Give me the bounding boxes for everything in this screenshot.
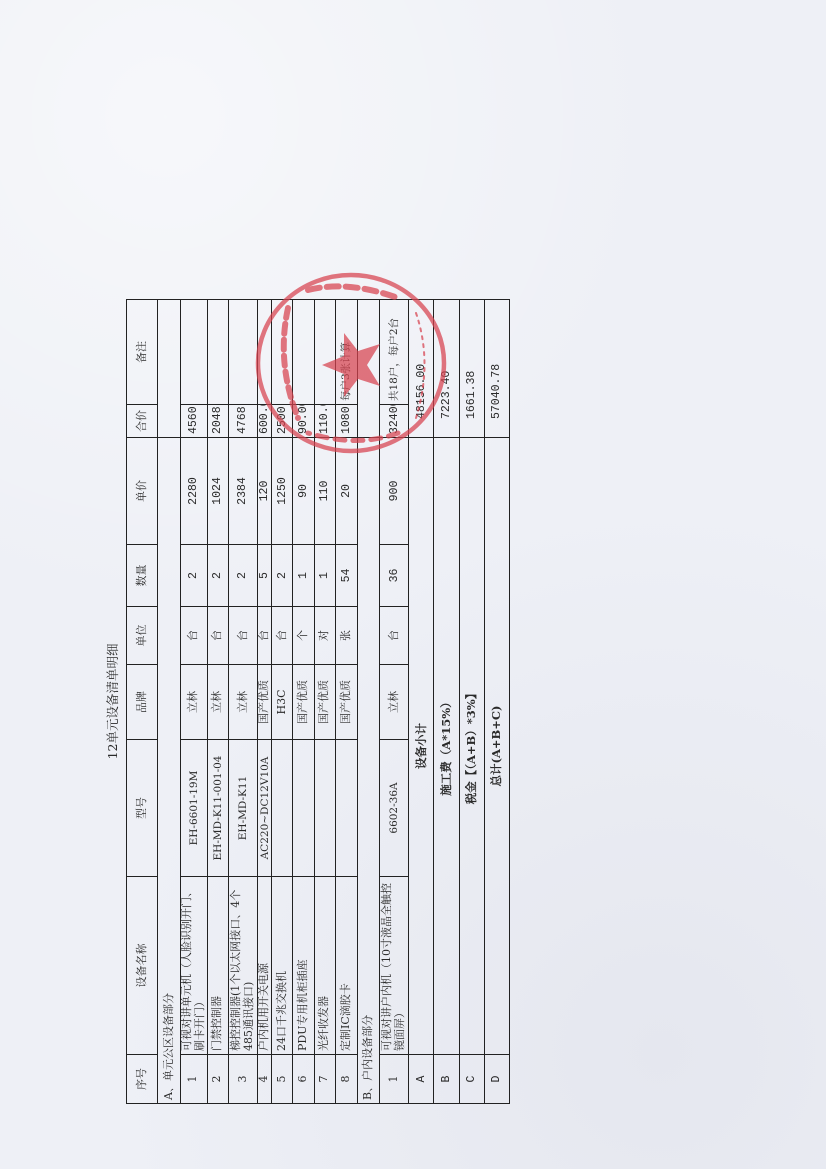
cell-remark: 每户3张计算: [335, 299, 357, 404]
cell-qty: 1: [293, 545, 314, 607]
cell-brand: 立林: [228, 665, 257, 740]
cell-remark: 共18户，每户2台: [380, 299, 409, 404]
cell-brand: 国产优质: [335, 665, 357, 740]
cell-unit: 台: [180, 607, 207, 665]
cell-brand: H3C: [272, 665, 293, 740]
cell-unit: 张: [335, 607, 357, 665]
cell-price: 20: [335, 438, 357, 545]
section-label: A、单元公区设备部分: [158, 438, 180, 1104]
cell-remark: [228, 299, 257, 404]
cell-brand: 国产优质: [293, 665, 314, 740]
cell-total: 4560.00: [180, 405, 207, 438]
cell-model: EH-MD-K11-001-04: [207, 740, 228, 877]
cell-no: 5: [272, 1055, 293, 1104]
cell-name: 户内机用开关电源: [258, 877, 272, 1055]
summary-total: 1661.38: [459, 299, 484, 437]
table-row: 7光纤收发器国产优质对1110110.00: [314, 299, 335, 1103]
cell-remark: [207, 299, 228, 404]
cell-name: 门禁控制器: [207, 877, 228, 1055]
cell-model: [293, 740, 314, 877]
cell-price: 1250: [272, 438, 293, 545]
column-header-qty: 数量: [127, 545, 158, 607]
cell-price: 2280: [180, 438, 207, 545]
column-header-model: 型号: [127, 740, 158, 877]
column-header-no: 序号: [127, 1055, 158, 1104]
cell-total: 2500.00: [272, 405, 293, 438]
cell-model: AC220~DC12V10A: [258, 740, 272, 877]
cell-price: 110: [314, 438, 335, 545]
cell-qty: 1: [314, 545, 335, 607]
cell-qty: 2: [207, 545, 228, 607]
table-title: 12单元设备清单明细: [100, 299, 127, 1103]
column-header-total: 合价: [127, 405, 158, 438]
cell-model: [314, 740, 335, 877]
cell-price: 2384: [228, 438, 257, 545]
cell-unit: 台: [207, 607, 228, 665]
cell-name: 光纤收发器: [314, 877, 335, 1055]
cell-no: 1: [180, 1055, 207, 1104]
table-row: 2门禁控制器EH-MD-K11-001-04立林台210242048.00: [207, 299, 228, 1103]
summary-label: 设备小计: [409, 438, 434, 1055]
summary-row: D总计(A+B+C)57040.78: [484, 299, 509, 1103]
summary-label: 税金【（A+B）*3%】: [459, 438, 484, 1055]
table-row: 6PDU专用机柜插座国产优质个19090.00: [293, 299, 314, 1103]
cell-no: 3: [228, 1055, 257, 1104]
column-header-brand: 品牌: [127, 665, 158, 740]
table-row: 524口千兆交换机H3C台212502500.00: [272, 299, 293, 1103]
summary-label: 施工费（A*15%）: [434, 438, 459, 1055]
cell-remark: [272, 299, 293, 404]
summary-row: C税金【（A+B）*3%】1661.38: [459, 299, 484, 1103]
section-row: B、户内设备部分: [357, 299, 379, 1103]
cell-total: 90.00: [293, 405, 314, 438]
summary-code: D: [484, 1055, 509, 1104]
cell-model: [335, 740, 357, 877]
section-row: A、单元公区设备部分: [158, 299, 180, 1103]
cell-model: EH-MD-K11: [228, 740, 257, 877]
column-header-unit: 单位: [127, 607, 158, 665]
cell-model: EH-6601-19M: [180, 740, 207, 877]
summary-total: 7223.40: [434, 299, 459, 437]
table-row: 1可视对讲户内机（10寸液晶全触控镜面屏）6602-36A立林台36900324…: [380, 299, 409, 1103]
summary-row: A设备小计48156.00: [409, 299, 434, 1103]
cell-remark: [258, 299, 272, 404]
section-blank: [158, 299, 180, 437]
summary-code: B: [434, 1055, 459, 1104]
equipment-list-table: 12单元设备清单明细 序号设备名称型号品牌单位数量单价合价备注 A、单元公区设备…: [100, 299, 510, 1104]
cell-name: 定制IC滴胶卡: [335, 877, 357, 1055]
section-label: B、户内设备部分: [357, 438, 379, 1104]
cell-price: 900: [380, 438, 409, 545]
cell-name: PDU专用机柜插座: [293, 877, 314, 1055]
table-row: 3梯控控制器(1个以太网接口、4个485通讯接口)EH-MD-K11立林台223…: [228, 299, 257, 1103]
cell-qty: 54: [335, 545, 357, 607]
cell-price: 120: [258, 438, 272, 545]
cell-qty: 5: [258, 545, 272, 607]
cell-remark: [293, 299, 314, 404]
rotated-table-container: 12单元设备清单明细 序号设备名称型号品牌单位数量单价合价备注 A、单元公区设备…: [100, 300, 510, 1104]
summary-code: C: [459, 1055, 484, 1104]
cell-qty: 2: [228, 545, 257, 607]
summary-total: 48156.00: [409, 299, 434, 437]
cell-no: 2: [207, 1055, 228, 1104]
cell-remark: [180, 299, 207, 404]
cell-total: 32400.00: [380, 405, 409, 438]
cell-unit: 对: [314, 607, 335, 665]
cell-unit: 台: [258, 607, 272, 665]
summary-code: A: [409, 1055, 434, 1104]
summary-total: 57040.78: [484, 299, 509, 437]
cell-model: [272, 740, 293, 877]
cell-no: 7: [314, 1055, 335, 1104]
cell-no: 8: [335, 1055, 357, 1104]
cell-price: 1024: [207, 438, 228, 545]
cell-total: 600.00: [258, 405, 272, 438]
cell-name: 可视对讲单元机（人脸识别开门、刷卡开门）: [180, 877, 207, 1055]
cell-brand: 国产优质: [258, 665, 272, 740]
table-row: 4户内机用开关电源AC220~DC12V10A国产优质台5120600.00: [258, 299, 272, 1103]
cell-unit: 台: [272, 607, 293, 665]
cell-total: 4768.00: [228, 405, 257, 438]
header-row: 序号设备名称型号品牌单位数量单价合价备注: [127, 299, 158, 1103]
cell-brand: 国产优质: [314, 665, 335, 740]
cell-brand: 立林: [380, 665, 409, 740]
column-header-price: 单价: [127, 438, 158, 545]
cell-no: 1: [380, 1055, 409, 1104]
cell-unit: 个: [293, 607, 314, 665]
summary-row: B施工费（A*15%）7223.40: [434, 299, 459, 1103]
cell-remark: [314, 299, 335, 404]
cell-no: 6: [293, 1055, 314, 1104]
cell-total: 1080.00: [335, 405, 357, 438]
cell-name: 可视对讲户内机（10寸液晶全触控镜面屏）: [380, 877, 409, 1055]
column-header-remark: 备注: [127, 299, 158, 404]
cell-unit: 台: [228, 607, 257, 665]
summary-label: 总计(A+B+C): [484, 438, 509, 1055]
cell-qty: 2: [272, 545, 293, 607]
cell-total: 2048.00: [207, 405, 228, 438]
section-blank: [357, 299, 379, 437]
cell-qty: 2: [180, 545, 207, 607]
cell-price: 90: [293, 438, 314, 545]
table-row: 1可视对讲单元机（人脸识别开门、刷卡开门）EH-6601-19M立林台22280…: [180, 299, 207, 1103]
cell-no: 4: [258, 1055, 272, 1104]
cell-qty: 36: [380, 545, 409, 607]
table-row: 8定制IC滴胶卡国产优质张54201080.00每户3张计算: [335, 299, 357, 1103]
cell-brand: 立林: [207, 665, 228, 740]
cell-brand: 立林: [180, 665, 207, 740]
cell-unit: 台: [380, 607, 409, 665]
cell-model: 6602-36A: [380, 740, 409, 877]
cell-name: 24口千兆交换机: [272, 877, 293, 1055]
cell-name: 梯控控制器(1个以太网接口、4个485通讯接口): [228, 877, 257, 1055]
cell-total: 110.00: [314, 405, 335, 438]
column-header-name: 设备名称: [127, 877, 158, 1055]
